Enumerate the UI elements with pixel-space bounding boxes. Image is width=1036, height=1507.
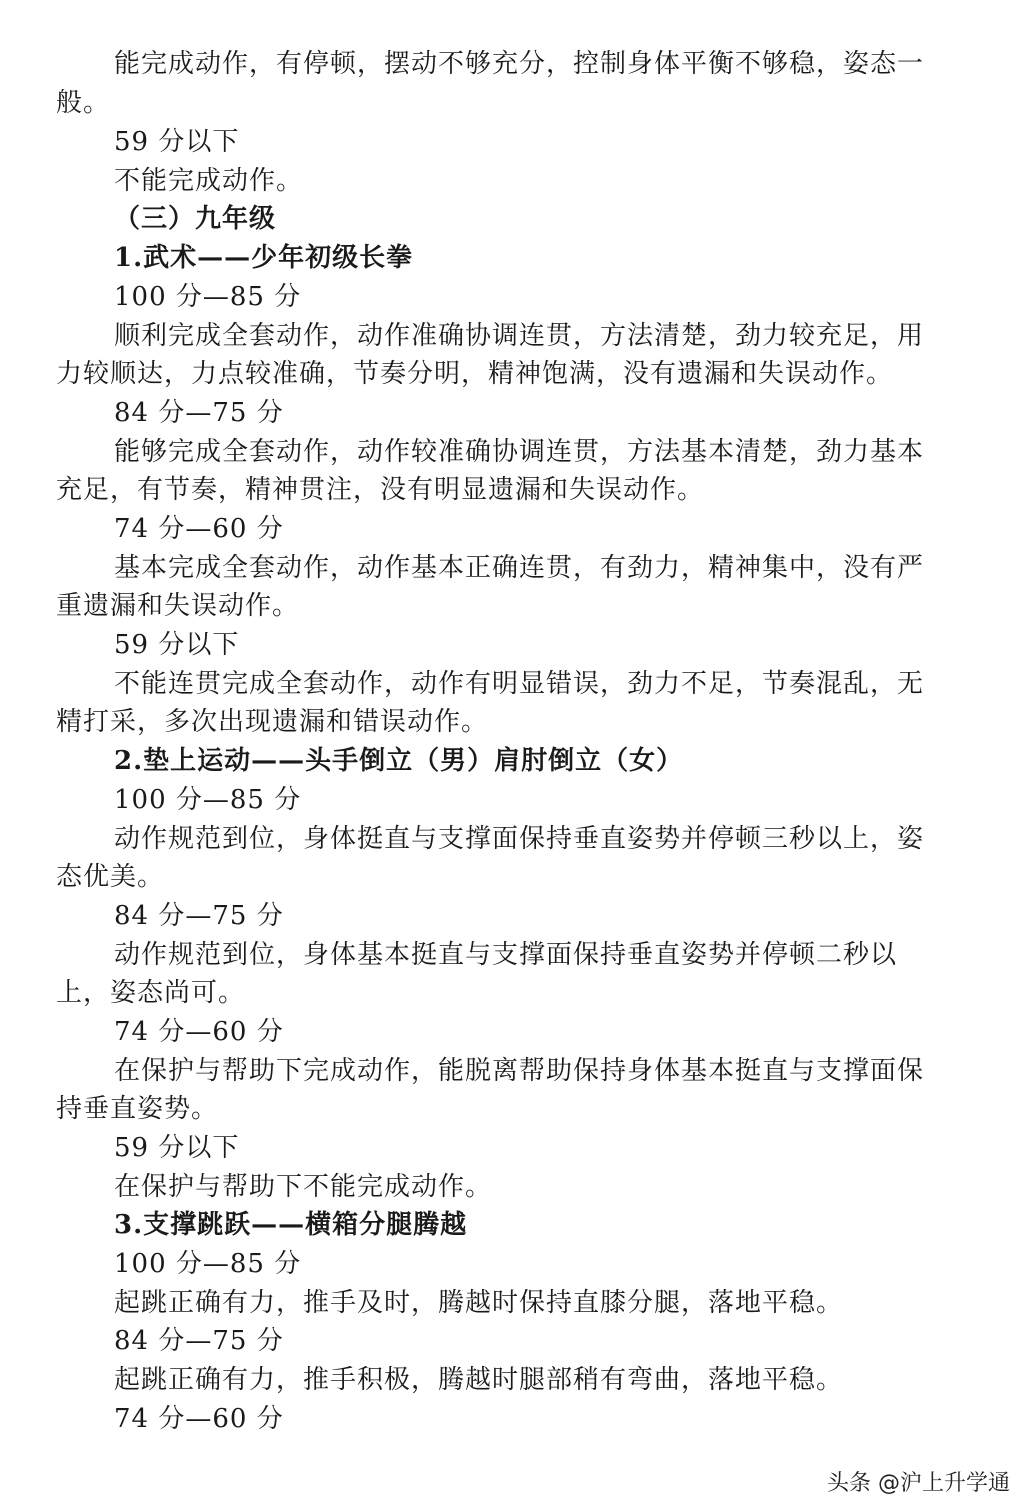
text-line: 精打采，多次出现遗漏和错误动作。 (56, 703, 1006, 741)
text-line: 不能完成动作。 (114, 162, 1036, 200)
text-line: 74 分—60 分 (114, 1013, 1036, 1051)
text-line: 上，姿态尚可。 (56, 974, 1006, 1012)
text-line: 态优美。 (56, 858, 1006, 896)
text-line: 84 分—75 分 (114, 394, 1036, 432)
section-heading: 1.武术——少年初级长拳 (114, 239, 1036, 277)
text-line: 能完成动作，有停顿，摆动不够充分，控制身体平衡不够稳，姿态一 (114, 45, 1036, 83)
watermark: 头条 @沪上升学通 (827, 1466, 1010, 1497)
text-line: 59 分以下 (114, 626, 1036, 664)
text-line: 起跳正确有力，推手积极，腾越时腿部稍有弯曲，落地平稳。 (114, 1361, 1036, 1399)
text-line: 基本完成全套动作，动作基本正确连贯，有劲力，精神集中，没有严 (114, 549, 1036, 587)
text-line: 不能连贯完成全套动作，动作有明显错误，劲力不足，节奏混乱，无 (114, 665, 1036, 703)
section-heading: （三）九年级 (114, 200, 1036, 238)
text-line: 力较顺达，力点较准确，节奏分明，精神饱满，没有遗漏和失误动作。 (56, 355, 1006, 393)
text-line: 持垂直姿势。 (56, 1090, 1006, 1128)
text-line: 84 分—75 分 (114, 897, 1036, 935)
text-line: 充足，有节奏，精神贯注，没有明显遗漏和失误动作。 (56, 471, 1006, 509)
text-line: 74 分—60 分 (114, 1400, 1036, 1438)
text-line: 重遗漏和失误动作。 (56, 587, 1006, 625)
section-heading: 3.支撑跳跃——横箱分腿腾越 (114, 1206, 1036, 1244)
text-line: 在保护与帮助下完成动作，能脱离帮助保持身体基本挺直与支撑面保 (114, 1052, 1036, 1090)
text-line: 般。 (56, 84, 1006, 122)
text-line: 动作规范到位，身体基本挺直与支撑面保持垂直姿势并停顿二秒以 (114, 936, 1036, 974)
text-line: 起跳正确有力，推手及时，腾越时保持直膝分腿，落地平稳。 (114, 1284, 1036, 1322)
text-line: 在保护与帮助下不能完成动作。 (114, 1168, 1036, 1206)
text-line: 84 分—75 分 (114, 1322, 1036, 1360)
text-line: 100 分—85 分 (114, 781, 1036, 819)
text-line: 100 分—85 分 (114, 1245, 1036, 1283)
text-line: 59 分以下 (114, 1129, 1036, 1167)
text-line: 顺利完成全套动作，动作准确协调连贯，方法清楚，劲力较充足，用 (114, 317, 1036, 355)
section-heading: 2.垫上运动——头手倒立（男）肩肘倒立（女） (114, 742, 1036, 780)
document-page: 能完成动作，有停顿，摆动不够充分，控制身体平衡不够稳，姿态一般。59 分以下不能… (0, 0, 1036, 1507)
text-line: 动作规范到位，身体挺直与支撑面保持垂直姿势并停顿三秒以上，姿 (114, 820, 1036, 858)
text-line: 能够完成全套动作，动作较准确协调连贯，方法基本清楚，劲力基本 (114, 433, 1036, 471)
text-line: 100 分—85 分 (114, 278, 1036, 316)
text-line: 59 分以下 (114, 123, 1036, 161)
text-line: 74 分—60 分 (114, 510, 1036, 548)
